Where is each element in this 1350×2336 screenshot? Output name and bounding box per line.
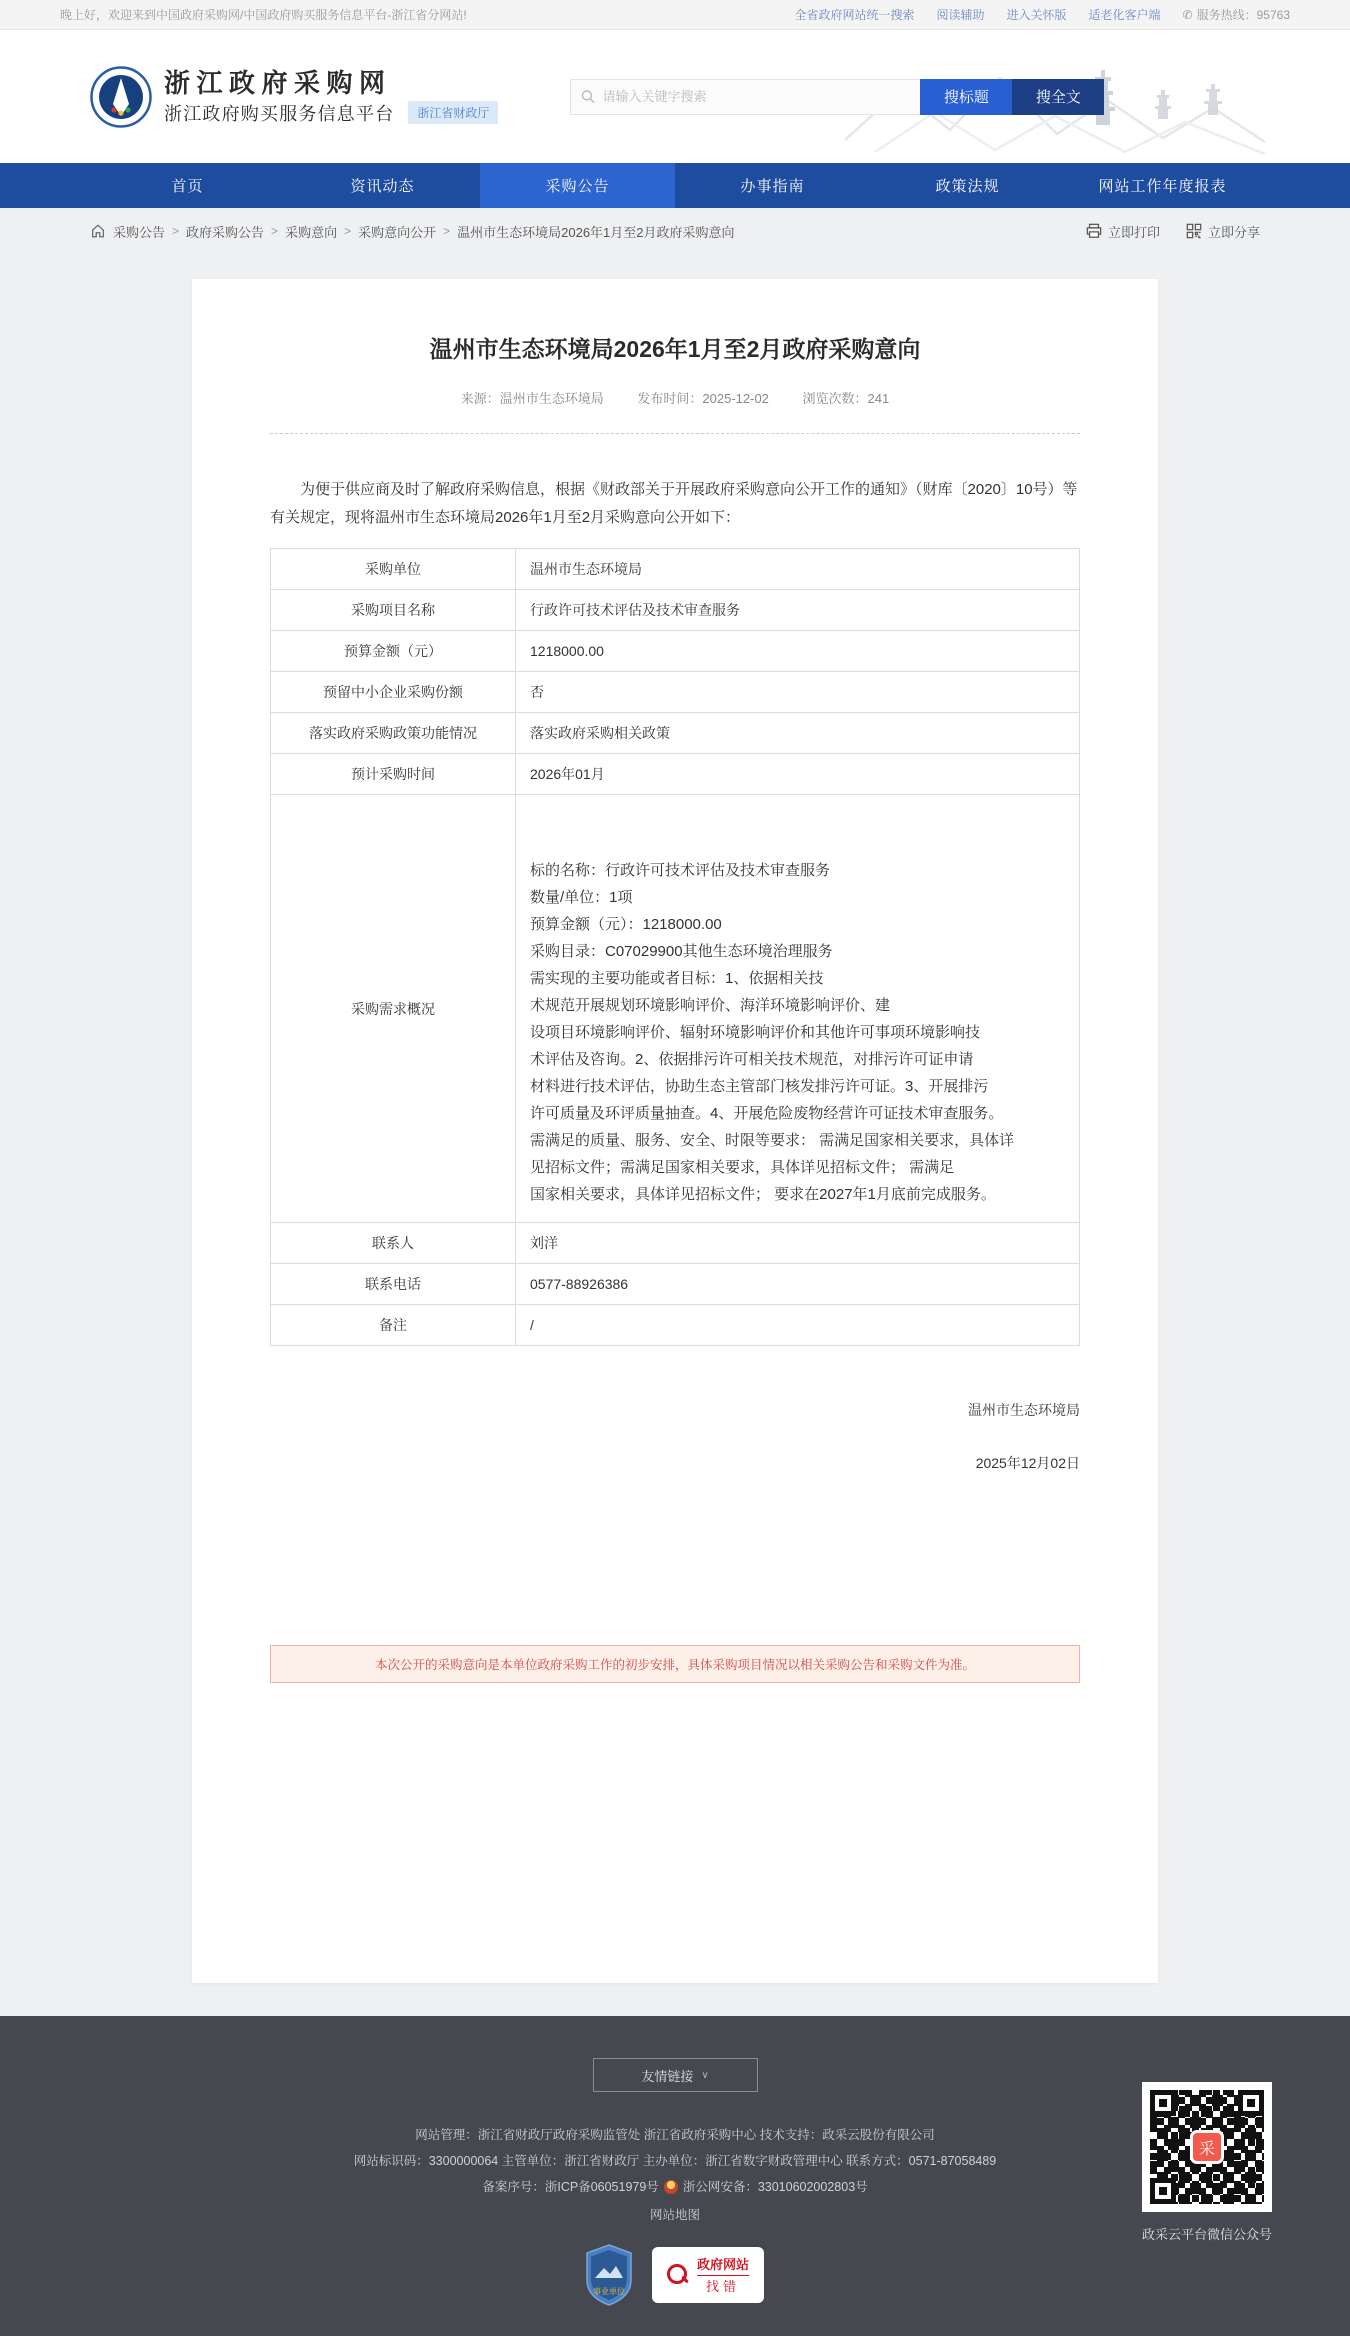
row-value-demand-summary: 标的名称：行政许可技术评估及技术审查服务 数量/单位：1项 预算金额（元）：12… (516, 795, 1080, 1223)
qr-code-image: 采 (1142, 2082, 1272, 2212)
link-reading-aid[interactable]: 阅读辅助 (937, 6, 985, 23)
link-care-version[interactable]: 进入关怀版 (1007, 6, 1067, 23)
row-value: 温州市生态环境局 (516, 549, 1080, 590)
signature-date: 2025年12月02日 (270, 1453, 1080, 1473)
authority-badge: 浙江省财政厅 (408, 101, 498, 124)
breadcrumb: 采购公告 > 政府采购公告 > 采购意向 > 采购意向公开 > 温州市生态环境局… (90, 222, 735, 241)
link-unified-search[interactable]: 全省政府网站统一搜索 (794, 6, 914, 23)
welcome-text: 晚上好，欢迎来到中国政府采购网/中国政府购买服务信息平台-浙江省分网站! (60, 6, 467, 23)
nav-item-service-guide[interactable]: 办事指南 (675, 163, 870, 208)
nav-item-procurement-announcements[interactable]: 采购公告 (480, 163, 675, 208)
row-value: 落实政府采购相关政策 (516, 713, 1080, 754)
row-value: 刘洋 (516, 1223, 1080, 1264)
qr-caption: 政采云平台微信公众号 (1132, 2224, 1282, 2243)
article-card: 温州市生态环境局2026年1月至2月政府采购意向 来源：温州市生态环境局 发布时… (192, 279, 1158, 1983)
table-row: 备注/ (271, 1305, 1080, 1346)
search-title-button[interactable]: 搜标题 (920, 79, 1012, 115)
site-header: 浙江政府采购网 浙江政府购买服务信息平台 浙江省财政厅 搜标题 搜全文 (0, 30, 1350, 163)
crumb-sep-icon: > (172, 224, 179, 238)
phone-icon: ✆ (1183, 8, 1193, 22)
sitemap-link[interactable]: 网站地图 (650, 2208, 700, 2222)
printer-icon (1086, 223, 1102, 239)
nav-item-annual-report[interactable]: 网站工作年度报表 (1065, 163, 1260, 208)
table-row: 联系人刘洋 (271, 1223, 1080, 1264)
site-brand[interactable]: 浙江政府采购网 浙江政府购买服务信息平台 浙江省财政厅 (90, 66, 498, 128)
search-icon (581, 89, 595, 104)
site-title: 浙江政府采购网 (164, 68, 498, 98)
gov-site-error-report-badge[interactable]: 政府网站找错 (652, 2247, 764, 2303)
badge-error-title: 政府网站 (697, 2257, 749, 2272)
disclaimer-notice: 本次公开的采购意向是本单位政府采购工作的初步安排，具体采购项目情况以相关采购公告… (270, 1645, 1080, 1683)
search-input[interactable] (602, 89, 910, 104)
share-label: 立即分享 (1208, 222, 1260, 241)
table-row-demand-summary: 采购需求概况标的名称：行政许可技术评估及技术审查服务 数量/单位：1项 预算金额… (271, 795, 1080, 1223)
row-value: 否 (516, 672, 1080, 713)
table-row: 落实政府采购政策功能情况落实政府采购相关政策 (271, 713, 1080, 754)
wechat-qr-block: 采 政采云平台微信公众号 (1132, 2082, 1282, 2243)
signature-org: 温州市生态环境局 (270, 1400, 1080, 1420)
row-label: 落实政府采购政策功能情况 (271, 713, 516, 754)
crumb-current-page: 温州市生态环境局2026年1月至2月政府采购意向 (457, 222, 734, 241)
pubdate-label: 发布时间： (637, 391, 702, 406)
table-row: 预留中小企业采购份额否 (271, 672, 1080, 713)
table-row: 预计采购时间2026年01月 (271, 754, 1080, 795)
row-label: 备注 (271, 1305, 516, 1346)
procurement-intent-table: 采购单位温州市生态环境局 采购项目名称行政许可技术评估及技术审查服务 预算金额（… (270, 548, 1080, 1346)
search-box (570, 79, 920, 115)
search-area: 搜标题 搜全文 (570, 79, 1104, 115)
source-value: 温州市生态环境局 (500, 391, 604, 406)
link-elderly-client[interactable]: 适老化客户端 (1089, 6, 1161, 23)
crumb-procurement[interactable]: 采购公告 (113, 222, 165, 241)
search-fulltext-button[interactable]: 搜全文 (1012, 79, 1104, 115)
badge-error-sub: 找错 (697, 2275, 749, 2295)
icp-record-link[interactable]: 备案序号：浙ICP备06051979号 (482, 2180, 658, 2194)
institution-shield-badge[interactable]: 事业单位 (586, 2244, 632, 2306)
crumb-sep-icon: > (271, 224, 278, 238)
pubdate-value: 2025-12-02 (702, 391, 769, 406)
breadcrumb-bar: 采购公告 > 政府采购公告 > 采购意向 > 采购意向公开 > 温州市生态环境局… (0, 208, 1350, 254)
row-label: 联系电话 (271, 1264, 516, 1305)
site-logo-icon (90, 66, 152, 128)
nav-item-news[interactable]: 资讯动态 (285, 163, 480, 208)
nav-item-home[interactable]: 首页 (90, 163, 285, 208)
row-label: 联系人 (271, 1223, 516, 1264)
row-label: 采购项目名称 (271, 590, 516, 631)
chevron-down-icon: ∨ (701, 2070, 708, 2081)
print-action[interactable]: 立即打印 (1086, 222, 1160, 241)
row-label: 预留中小企业采购份额 (271, 672, 516, 713)
main-nav: 首页 资讯动态 采购公告 办事指南 政策法规 网站工作年度报表 (0, 163, 1350, 208)
print-label: 立即打印 (1108, 222, 1160, 241)
crumb-sep-icon: > (443, 224, 450, 238)
table-row: 预算金额（元）1218000.00 (271, 631, 1080, 672)
table-row: 采购项目名称行政许可技术评估及技术审查服务 (271, 590, 1080, 631)
row-value: 2026年01月 (516, 754, 1080, 795)
magnifier-icon (667, 2264, 689, 2286)
row-value: 1218000.00 (516, 631, 1080, 672)
service-hotline: ✆服务热线：95763 (1183, 6, 1290, 23)
row-value: 0577-88926386 (516, 1264, 1080, 1305)
home-icon[interactable] (90, 223, 106, 239)
page-title: 温州市生态环境局2026年1月至2月政府采购意向 (270, 331, 1080, 364)
crumb-intent[interactable]: 采购意向 (285, 222, 337, 241)
row-label: 采购单位 (271, 549, 516, 590)
intro-paragraph: 为便于供应商及时了解政府采购信息，根据《财政部关于开展政府采购意向公开工作的通知… (270, 476, 1080, 532)
security-record-link[interactable]: 浙公网安备：33010602002803号 (683, 2180, 868, 2194)
share-action[interactable]: 立即分享 (1186, 222, 1260, 241)
site-footer: 友情链接 ∨ 网站管理：浙江省财政厅政府采购监管处 浙江省政府采购中心 技术支持… (0, 2016, 1350, 2336)
views-value: 241 (868, 391, 890, 406)
article-meta: 来源：温州市生态环境局 发布时间：2025-12-02 浏览次数：241 (270, 388, 1080, 407)
top-utility-bar: 晚上好，欢迎来到中国政府采购网/中国政府购买服务信息平台-浙江省分网站! 全省政… (0, 0, 1350, 30)
qr-share-icon (1186, 223, 1202, 239)
row-label: 预算金额（元） (271, 631, 516, 672)
row-label: 预计采购时间 (271, 754, 516, 795)
public-security-emblem-icon (664, 2180, 678, 2194)
row-label: 采购需求概况 (271, 795, 516, 1223)
crumb-sep-icon: > (344, 224, 351, 238)
table-row: 联系电话0577-88926386 (271, 1264, 1080, 1305)
crumb-intent-public[interactable]: 采购意向公开 (358, 222, 436, 241)
friend-links-label: 友情链接 (641, 2066, 693, 2085)
crumb-gov-announcement[interactable]: 政府采购公告 (186, 222, 264, 241)
svg-text:事业单位: 事业单位 (593, 2286, 625, 2296)
nav-item-policies[interactable]: 政策法规 (870, 163, 1065, 208)
table-row: 采购单位温州市生态环境局 (271, 549, 1080, 590)
row-value: / (516, 1305, 1080, 1346)
zcy-logo-icon: 采 (1190, 2130, 1224, 2164)
source-label: 来源： (461, 391, 500, 406)
meta-divider (270, 433, 1080, 434)
friend-links-dropdown[interactable]: 友情链接 ∨ (593, 2058, 758, 2092)
row-value: 行政许可技术评估及技术审查服务 (516, 590, 1080, 631)
views-label: 浏览次数： (803, 391, 868, 406)
site-subtitle: 浙江政府购买服务信息平台 (164, 100, 394, 126)
